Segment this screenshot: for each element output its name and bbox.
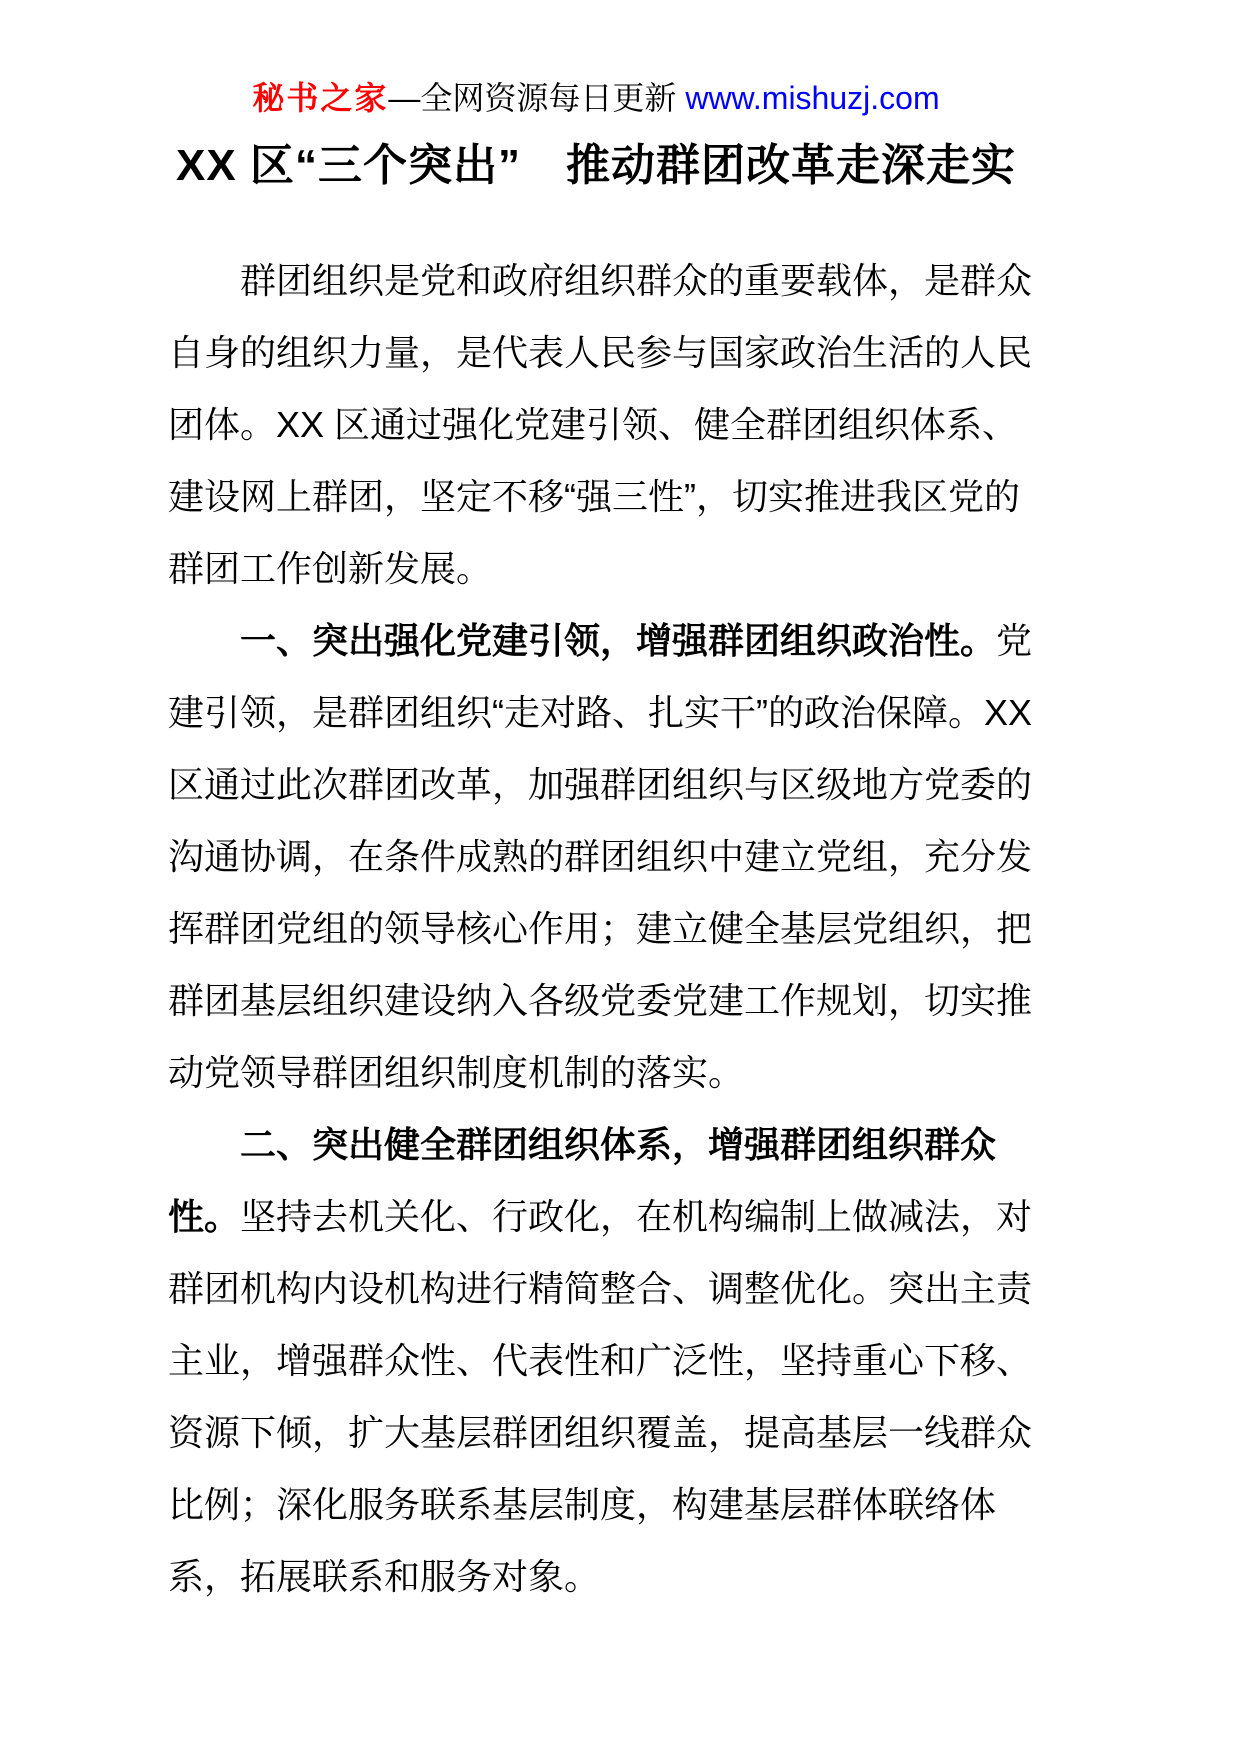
paragraph-lead: 一、突出强化党建引领，增强群团组织政治性。 xyxy=(240,620,996,661)
paragraph-text: 群团组织是党和政府组织群众的重要载体，是群众自身的组织力量，是代表人民参与国家政… xyxy=(168,260,1032,589)
site-tagline: —全网资源每日更新 xyxy=(388,80,685,116)
paragraph-text: 坚持去机关化、行政化，在机构编制上做减法，对群团机构内设机构进行精简整合、调整优… xyxy=(168,1196,1032,1597)
paragraph-text: 党建引领，是群团组织“走对路、扎实干”的政治保障。XX 区通过此次群团改革，加强… xyxy=(168,620,1032,1093)
site-header: 秘书之家—全网资源每日更新 www.mishuzj.com xyxy=(152,78,1040,120)
site-url-link[interactable]: www.mishuzj.com xyxy=(685,80,939,116)
paragraph: 二、突出健全群团组织体系，增强群团组织群众性。坚持去机关化、行政化，在机构编制上… xyxy=(168,1109,1040,1613)
site-name: 秘书之家 xyxy=(252,80,388,116)
document-title: XX 区“三个突出” 推动群团改革走深走实 xyxy=(152,136,1040,195)
document-page: 秘书之家—全网资源每日更新 www.mishuzj.com XX 区“三个突出”… xyxy=(0,0,1240,1754)
paragraph: 群团组织是党和政府组织群众的重要载体，是群众自身的组织力量，是代表人民参与国家政… xyxy=(168,245,1040,605)
document-body: 群团组织是党和政府组织群众的重要载体，是群众自身的组织力量，是代表人民参与国家政… xyxy=(168,245,1040,1613)
paragraph: 一、突出强化党建引领，增强群团组织政治性。党建引领，是群团组织“走对路、扎实干”… xyxy=(168,605,1040,1109)
